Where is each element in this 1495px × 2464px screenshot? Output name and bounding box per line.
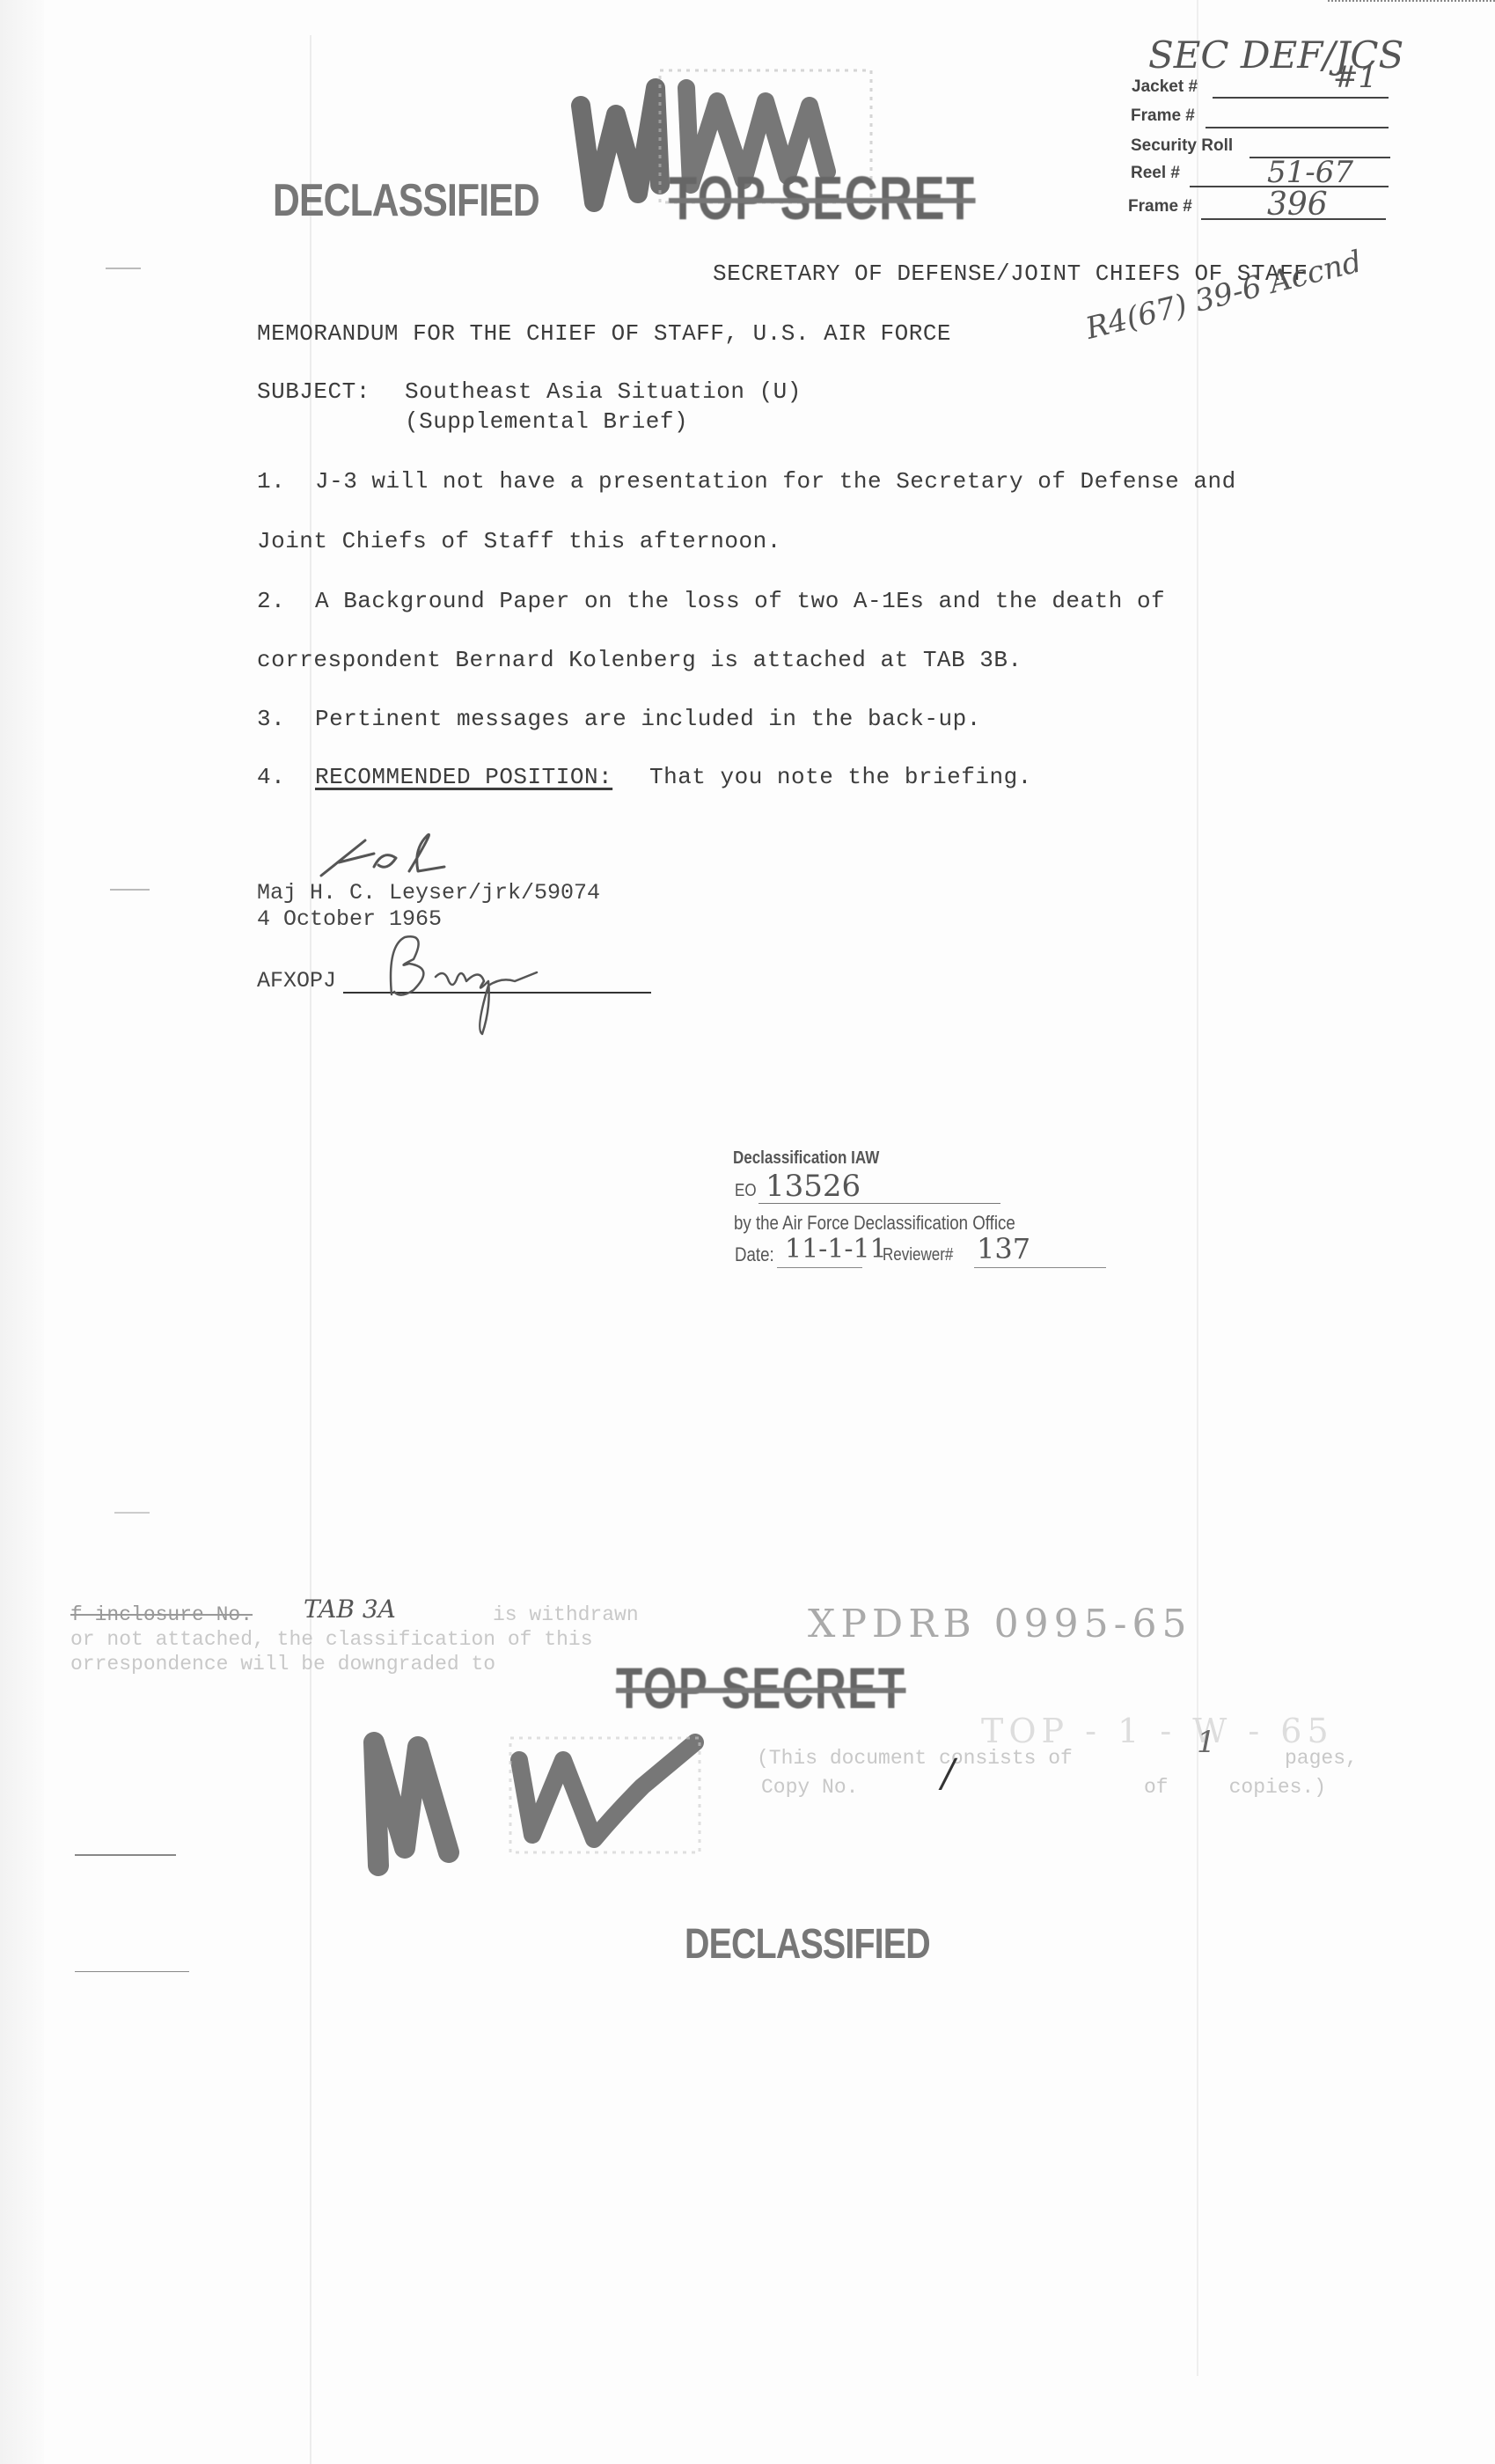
initials-signature	[312, 823, 462, 884]
declass-date-value: 11-1-11	[785, 1234, 887, 1265]
top-secret-stamp-top: TOP SECRET	[669, 163, 976, 233]
date-field-line	[777, 1267, 862, 1268]
doc-line-2-suffix: of copies.)	[1144, 1776, 1326, 1799]
paragraph-4-number: 4.	[257, 764, 285, 790]
reel-value: 51-67	[1267, 155, 1353, 190]
margin-mark	[110, 889, 150, 891]
paragraph-1-number: 1.	[257, 468, 285, 495]
doc-copy-value: /	[942, 1751, 955, 1796]
enclosure-suffix: is withdrawn	[493, 1603, 639, 1626]
declassified-stamp-top: DECLASSIFIED	[273, 174, 539, 227]
paragraph-3-line-1: Pertinent messages are included in the b…	[315, 706, 981, 732]
subject-line-2: (Supplemental Brief)	[405, 408, 688, 435]
reviewer-field-line	[974, 1267, 1106, 1268]
signature-text: Berger	[387, 924, 391, 925]
margin-mark	[114, 1512, 150, 1514]
frame2-label: Frame #	[1128, 197, 1192, 216]
jacket-value: #1	[1333, 60, 1377, 95]
fold-line	[1197, 0, 1198, 2376]
enclosure-line-2: or not attached, the classification of t…	[70, 1628, 593, 1651]
declassification-box: Declassification IAW	[733, 1148, 879, 1169]
reel-label: Reel #	[1131, 164, 1180, 183]
recommended-position-label: RECOMMENDED POSITION:	[315, 764, 612, 790]
paragraph-2-line-2: correspondent Bernard Kolenberg is attac…	[257, 647, 1022, 673]
margin-mark	[75, 1971, 189, 1972]
handwritten-reference: R4(67) 39-6 Accnd	[1082, 244, 1365, 347]
margin-mark	[75, 1854, 176, 1856]
paragraph-2-line-1: A Background Paper on the loss of two A-…	[315, 588, 1165, 614]
page-edge-shadow	[0, 0, 44, 2464]
berger-signature	[370, 928, 563, 1043]
doc-line-2: Copy No.	[761, 1776, 858, 1799]
declassified-stamp-bottom: DECLASSIFIED	[685, 1920, 930, 1969]
margin-mark	[106, 268, 141, 269]
enclosure-prefix-text: f inclosure No.	[70, 1603, 253, 1626]
enclosure-handwritten-tab: TAB 3A	[304, 1595, 396, 1624]
paragraph-2-number: 2.	[257, 588, 285, 614]
frame2-field-line	[1201, 218, 1386, 220]
redaction-scribble-bottom	[352, 1707, 774, 1883]
paragraph-4-line-1: That you note the briefing.	[649, 764, 1032, 790]
paragraph-1-line-2: Joint Chiefs of Staff this afternoon.	[257, 528, 781, 554]
office-label: AFXOPJ	[257, 968, 336, 994]
security-roll-label: Security Roll	[1131, 136, 1233, 156]
jacket-field-line	[1213, 97, 1389, 99]
frame2-value: 396	[1267, 187, 1328, 223]
jacket-label: Jacket #	[1132, 77, 1198, 97]
frame-label: Frame #	[1131, 106, 1195, 126]
date-label: Date:	[735, 1243, 774, 1266]
scan-border	[1328, 0, 1495, 4]
author-line: Maj H. C. Leyser/jrk/59074	[257, 880, 600, 906]
eo-field-line	[758, 1203, 1000, 1204]
declass-line-1: Declassification IAW	[733, 1148, 879, 1169]
enclosure-line-3: orrespondence will be downgraded to	[70, 1653, 495, 1676]
reviewer-value: 137	[977, 1232, 1030, 1265]
doc-line-1-suffix: pages,	[1285, 1747, 1358, 1770]
doc-line-1: (This document consists of	[757, 1747, 1073, 1770]
memo-addressee: MEMORANDUM FOR THE CHIEF OF STAFF, U.S. …	[257, 320, 951, 347]
paragraph-1-line-1: J-3 will not have a presentation for the…	[315, 468, 1236, 495]
control-number: XPDRB 0995-65	[808, 1602, 1192, 1646]
eo-value: 13526	[766, 1169, 861, 1204]
enclosure-prefix: f inclosure No.	[70, 1603, 253, 1626]
subject-label: SUBJECT:	[257, 378, 370, 405]
reviewer-label: Reviewer#	[883, 1245, 953, 1265]
subject-line-1: Southeast Asia Situation (U)	[405, 378, 802, 405]
eo-label: EO	[735, 1181, 757, 1201]
doc-pages-value: 1	[1197, 1725, 1216, 1760]
document-pages-line: (This document consists of	[757, 1747, 1073, 1770]
frame-field-line	[1206, 127, 1389, 128]
paragraph-3-number: 3.	[257, 706, 285, 732]
declass-line-3: by the Air Force Declassification Office	[734, 1212, 1015, 1235]
control-number-faint: TOP - 1 - W - 65	[981, 1712, 1334, 1750]
